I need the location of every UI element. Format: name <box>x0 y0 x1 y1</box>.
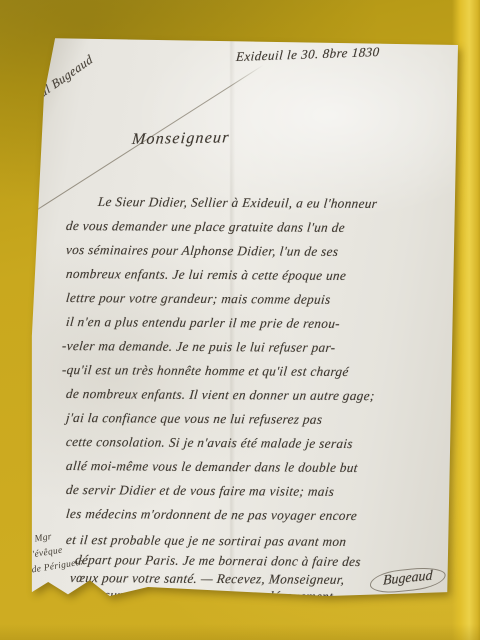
body-line: Le Sieur Didier, Sellier à Exideuil, a e… <box>97 194 378 212</box>
archival-annotation: le Gal Bugeaud <box>18 52 95 114</box>
body-line: nombreux enfants. Je lui remis à cette é… <box>65 266 347 284</box>
body-line: il n'en a plus entendu parler il me prie… <box>65 314 341 332</box>
letter-paper: le Gal Bugeaud Exideuil le 30. 8bre 1830… <box>28 36 458 600</box>
body-line: et il est probable que je ne sortirai pa… <box>65 532 347 550</box>
salutation: Monseigneur <box>131 129 230 149</box>
body-line: de servir Didier et de vous faire ma vis… <box>65 482 335 500</box>
body-line: allé moi-même vous le demander dans le d… <box>65 458 358 476</box>
body-line: de nombreux enfants. Il vient en donner … <box>65 386 375 404</box>
body-line: j'ai la confiance que vous ne lui refuse… <box>65 410 323 428</box>
body-line: départ pour Paris. Je me bornerai donc à… <box>74 552 361 570</box>
letter-paper-wrapper: le Gal Bugeaud Exideuil le 30. 8bre 1830… <box>0 0 480 640</box>
signature-flourish: Bugeaud <box>370 565 446 595</box>
body-line: -veler ma demande. Je ne puis le lui ref… <box>61 338 336 356</box>
margin-address-note: à Mgr l'évêque de Périgueux <box>26 526 86 579</box>
body-line: l'assurance de mon respectueux dévouemen… <box>84 587 337 605</box>
signature: Bugeaud <box>370 565 446 595</box>
body-line: lettre pour votre grandeur; mais comme d… <box>65 290 331 308</box>
body-line: cette consolation. Si je n'avais été mal… <box>65 434 353 452</box>
body-line: de vous demander une place gratuite dans… <box>65 218 345 236</box>
body-line: vos séminaires pour Alphonse Didier, l'u… <box>65 242 339 260</box>
body-line: les médecins m'ordonnent de ne pas voyag… <box>65 506 358 524</box>
dateline: Exideuil le 30. 8bre 1830 <box>235 44 380 65</box>
body-line: vœux pour votre santé. — Recevez, Monsei… <box>69 570 345 588</box>
body-line: -qu'il est un très honnête homme et qu'i… <box>61 362 349 380</box>
